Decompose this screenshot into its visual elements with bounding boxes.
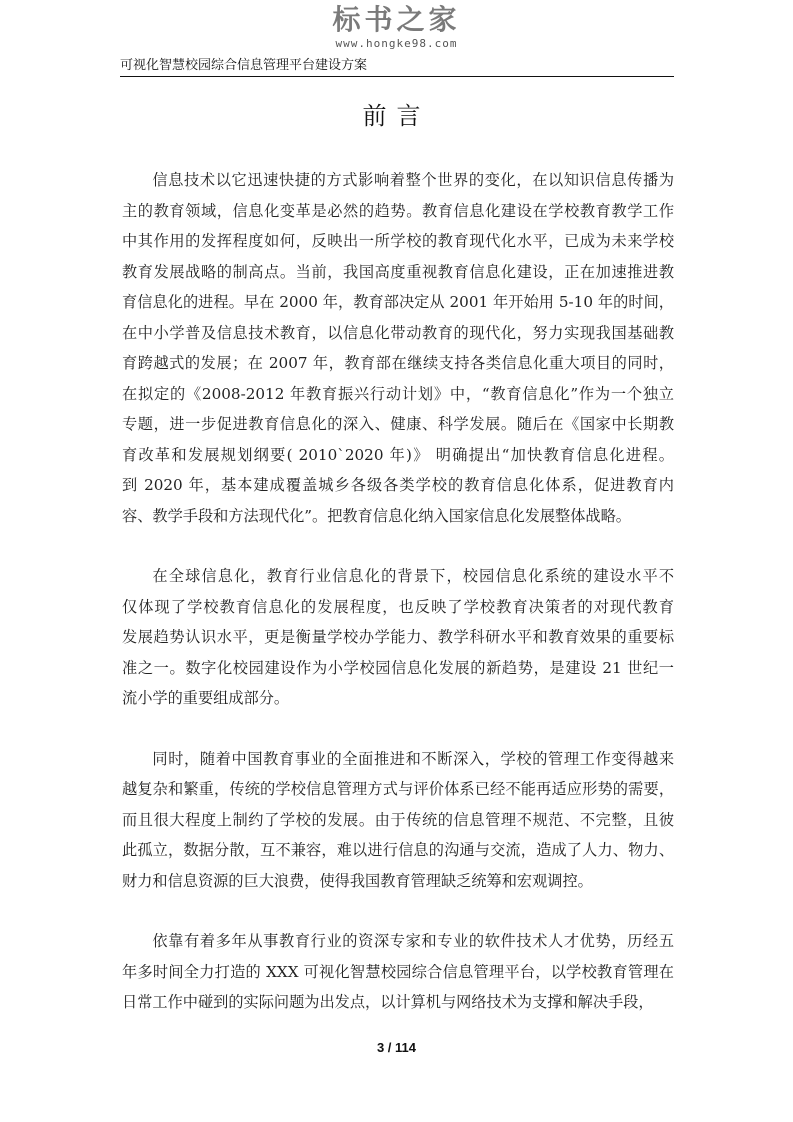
watermark: 标书之家 www.hongke98.com	[0, 4, 793, 51]
text-line: 育跨越式的发展；在 2007 年，教育部在继续支持各类信息化重大项目的同时，	[122, 348, 674, 379]
text-line: 此孤立，数据分散，互不兼容，难以进行信息的沟通与交流，造成了人力、物力、	[122, 835, 674, 866]
page-number: 3 / 114	[0, 1040, 793, 1055]
text-line: 育信息化的进程。早在 2000 年，教育部决定从 2001 年开始用 5-10 …	[122, 287, 674, 318]
paragraph: 依靠有着多年从事教育行业的资深专家和专业的软件技术人才优势，历经五年多时间全力打…	[122, 926, 674, 1018]
text-line: 主的教育领域，信息化变革是必然的趋势。教育信息化建设在学校教育教学工作	[122, 196, 674, 227]
page-title: 前言	[0, 100, 793, 132]
text-line: 准之一。数字化校园建设作为小学校园信息化发展的新趋势，是建设 21 世纪一	[122, 653, 674, 684]
text-line: 育改革和发展规划纲要( 2010`2020 年)》 明确提出“加快教育信息化进程…	[122, 440, 674, 471]
text-line: 仅体现了学校教育信息化的发展程度，也反映了学校教育决策者的对现代教育	[122, 592, 674, 623]
text-line: 同时，随着中国教育事业的全面推进和不断深入，学校的管理工作变得越来	[122, 744, 674, 775]
text-line: 年多时间全力打造的 XXX 可视化智慧校园综合信息管理平台，以学校教育管理在	[122, 957, 674, 988]
header-divider	[120, 76, 674, 77]
paragraph: 在全球信息化，教育行业信息化的背景下，校园信息化系统的建设水平不仅体现了学校教育…	[122, 561, 674, 714]
paragraph: 信息技术以它迅速快捷的方式影响着整个世界的变化，在以知识信息传播为主的教育领域，…	[122, 165, 674, 531]
paragraph: 同时，随着中国教育事业的全面推进和不断深入，学校的管理工作变得越来越复杂和繁重，…	[122, 744, 674, 897]
text-line: 发展趋势认识水平，更是衡量学校办学能力、教学科研水平和教育效果的重要标	[122, 622, 674, 653]
text-line: 在全球信息化，教育行业信息化的背景下，校园信息化系统的建设水平不	[122, 561, 674, 592]
text-line: 而且很大程度上制约了学校的发展。由于传统的信息管理不规范、不完整，且彼	[122, 805, 674, 836]
text-line: 教育发展战略的制高点。当前，我国高度重视教育信息化建设，正在加速推进教	[122, 257, 674, 288]
watermark-logo-text: 标书之家	[0, 4, 793, 36]
text-line: 流小学的重要组成部分。	[122, 683, 674, 714]
running-header: 可视化智慧校园综合信息管理平台建设方案	[120, 57, 672, 75]
document-body: 信息技术以它迅速快捷的方式影响着整个世界的变化，在以知识信息传播为主的教育领域，…	[122, 165, 674, 1048]
text-line: 容、教学手段和方法现代化”。把教育信息化纳入国家信息化发展整体战略。	[122, 501, 674, 532]
text-line: 越复杂和繁重，传统的学校信息管理方式与评价体系已经不能再适应形势的需要，	[122, 774, 674, 805]
text-line: 在拟定的《2008-2012 年教育振兴行动计划》中，“教育信息化”作为一个独立	[122, 379, 674, 410]
text-line: 日常工作中碰到的实际问题为出发点，以计算机与网络技术为支撑和解决手段，	[122, 987, 674, 1018]
text-line: 依靠有着多年从事教育行业的资深专家和专业的软件技术人才优势，历经五	[122, 926, 674, 957]
text-line: 中其作用的发挥程度如何，反映出一所学校的教育现代化水平，已成为未来学校	[122, 226, 674, 257]
text-line: 在中小学普及信息技术教育，以信息化带动教育的现代化，努力实现我国基础教	[122, 318, 674, 349]
text-line: 财力和信息资源的巨大浪费，使得我国教育管理缺乏统筹和宏观调控。	[122, 866, 674, 897]
text-line: 到 2020 年，基本建成覆盖城乡各级各类学校的教育信息化体系，促进教育内	[122, 470, 674, 501]
watermark-url: www.hongke98.com	[0, 37, 793, 51]
text-line: 专题，进一步促进教育信息化的深入、健康、科学发展。随后在《国家中长期教	[122, 409, 674, 440]
text-line: 信息技术以它迅速快捷的方式影响着整个世界的变化，在以知识信息传播为	[122, 165, 674, 196]
